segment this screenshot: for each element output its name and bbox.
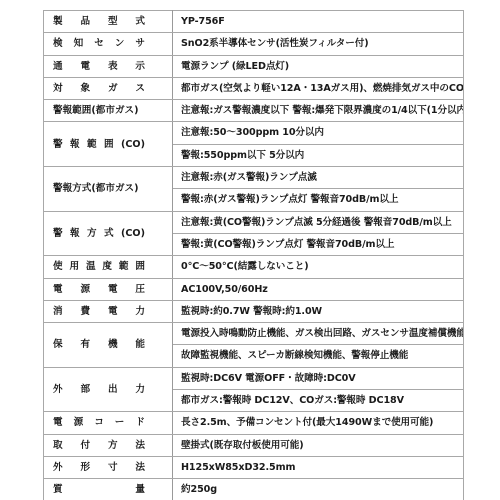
spec-label-char: 源 — [74, 412, 84, 433]
spec-row: 検知センサSnO2系半導体センサ(活性炭フィルター付) — [44, 33, 464, 55]
spec-label-char: 用 — [69, 256, 79, 277]
spec-label-char: (CO) — [121, 223, 145, 244]
spec-label-char: 圧 — [135, 279, 145, 300]
spec-label: 警報方式(CO) — [44, 211, 173, 256]
spec-label-char: 機 — [108, 334, 118, 355]
spec-label-text: 警報範囲(都市ガス) — [53, 100, 145, 121]
spec-label-char: 費 — [80, 301, 90, 322]
spec-value: 電源ランプ (緑LED点灯) — [173, 55, 464, 77]
spec-label-char: 警 — [53, 223, 63, 244]
spec-value: 警報:550ppm以下 5分以内 — [173, 144, 464, 166]
spec-label-char: 力 — [135, 301, 145, 322]
spec-value: 警報:赤(ガス警報)ランプ点灯 警報音70dB/m以上 — [173, 189, 464, 211]
spec-value: 注意報:赤(ガス警報)ランプ点滅 — [173, 167, 464, 189]
spec-row: 電源電圧AC100V,50/60Hz — [44, 278, 464, 300]
spec-label-char: コ — [94, 412, 104, 433]
spec-label: 外部出力 — [44, 367, 173, 412]
spec-label-char: 保 — [53, 334, 63, 355]
spec-row: 保有機能電源投入時鳴動防止機能、ガス検出回路、ガスセンサ温度補償機能 — [44, 323, 464, 345]
spec-label-text: 検知センサ — [53, 33, 145, 54]
spec-label-char: 報 — [70, 134, 80, 155]
spec-label-char: 警報方式(都市ガス) — [53, 178, 139, 199]
spec-row: 消費電力監視時:約0.7W 警報時:約1.0W — [44, 300, 464, 322]
spec-label-char: 対 — [53, 78, 63, 99]
spec-label: 警報方式(都市ガス) — [44, 167, 173, 212]
spec-row: 製品型式YP-756F — [44, 11, 464, 33]
spec-label-char: 検 — [53, 33, 63, 54]
spec-value: 壁掛式(既存取付板使用可能) — [173, 434, 464, 456]
spec-label-char: ス — [135, 78, 145, 99]
spec-label-char: 電 — [108, 301, 118, 322]
spec-label-char: 量 — [135, 479, 145, 500]
spec-label: 使用温度範囲 — [44, 256, 173, 278]
spec-label-char: 式 — [135, 11, 145, 32]
spec-label-text: 取付方法 — [53, 435, 145, 456]
spec-label-text: 使用温度範囲 — [53, 256, 145, 277]
spec-label-char: 電 — [80, 56, 90, 77]
spec-value: 注意報:黄(CO警報)ランプ点滅 5分経過後 警報音70dB/m以上 — [173, 211, 464, 233]
spec-label-text: 警報範囲(CO) — [53, 134, 145, 155]
spec-label-char: 能 — [135, 334, 145, 355]
spec-value: 都市ガス:警報時 DC12V、COガス:警報時 DC18V — [173, 390, 464, 412]
spec-label-char: (CO) — [121, 134, 145, 155]
spec-value: SnO2系半導体センサ(活性炭フィルター付) — [173, 33, 464, 55]
spec-label: 検知センサ — [44, 33, 173, 55]
spec-label-char: 象 — [80, 78, 90, 99]
spec-label-char: 使 — [53, 256, 63, 277]
spec-label-char: 力 — [135, 379, 145, 400]
spec-value: 都市ガス(空気より軽い12A・13Aガス用)、燃焼排気ガス中のCO — [173, 77, 464, 99]
spec-label-char: ン — [115, 33, 125, 54]
spec-label-char: 法 — [135, 435, 145, 456]
spec-label: 保有機能 — [44, 323, 173, 368]
spec-label-text: 電源電圧 — [53, 279, 145, 300]
spec-label: 外形寸法 — [44, 456, 173, 478]
spec-label: 製品型式 — [44, 11, 173, 33]
spec-label-char: 外 — [53, 379, 63, 400]
spec-label-char: 警 — [53, 134, 63, 155]
spec-value: 長さ2.5m、予備コンセント付(最大1490Wまで使用可能) — [173, 412, 464, 434]
spec-row: 電源コード長さ2.5m、予備コンセント付(最大1490Wまで使用可能) — [44, 412, 464, 434]
spec-label-char: 電 — [53, 279, 63, 300]
spec-label-char: 寸 — [108, 457, 118, 478]
spec-label-char: 電 — [108, 279, 118, 300]
spec-value: YP-756F — [173, 11, 464, 33]
spec-label-char: 法 — [135, 457, 145, 478]
spec-row: 通電表示電源ランプ (緑LED点灯) — [44, 55, 464, 77]
spec-row: 警報方式(都市ガス)注意報:赤(ガス警報)ランプ点滅 — [44, 167, 464, 189]
spec-label-char: 表 — [108, 56, 118, 77]
spec-value: 電源投入時鳴動防止機能、ガス検出回路、ガスセンサ温度補償機能 — [173, 323, 464, 345]
spec-label-char: 範 — [119, 256, 129, 277]
spec-label: 対象ガス — [44, 77, 173, 99]
spec-label-text: 保有機能 — [53, 334, 145, 355]
spec-value: 監視時:約0.7W 警報時:約1.0W — [173, 300, 464, 322]
spec-label-char: 知 — [74, 33, 84, 54]
spec-label-text: 対象ガス — [53, 78, 145, 99]
spec-label-char: 付 — [80, 435, 90, 456]
spec-label-char: 範 — [87, 134, 97, 155]
spec-value: 注意報:50～300ppm 10分以内 — [173, 122, 464, 144]
spec-label-char: 温 — [86, 256, 96, 277]
spec-label-char: 外 — [53, 457, 63, 478]
spec-value: 0°C～50°C(結露しないこと) — [173, 256, 464, 278]
spec-label-char: 消 — [53, 301, 63, 322]
spec-label: 質量 — [44, 479, 173, 500]
spec-row: 質量約250g — [44, 479, 464, 500]
spec-label-char: 方 — [108, 435, 118, 456]
spec-value: 約250g — [173, 479, 464, 500]
spec-value: 警報:黄(CO警報)ランプ点灯 警報音70dB/m以上 — [173, 233, 464, 255]
spec-label-char: 品 — [80, 11, 90, 32]
spec-label-char: 型 — [108, 11, 118, 32]
spec-label-char: 形 — [80, 457, 90, 478]
spec-label-char: 警報範囲(都市ガス) — [53, 100, 139, 121]
spec-label-char: 囲 — [104, 134, 114, 155]
spec-label-char: 源 — [80, 279, 90, 300]
spec-label: 電源電圧 — [44, 278, 173, 300]
spec-label-char: 報 — [70, 223, 80, 244]
spec-label-char: セ — [94, 33, 104, 54]
spec-label: 電源コード — [44, 412, 173, 434]
spec-row: 警報方式(CO)注意報:黄(CO警報)ランプ点滅 5分経過後 警報音70dB/m… — [44, 211, 464, 233]
spec-label-text: 外形寸法 — [53, 457, 145, 478]
spec-label-char: 通 — [53, 56, 63, 77]
spec-label-char: サ — [135, 33, 145, 54]
spec-row: 外形寸法H125xW85xD32.5mm — [44, 456, 464, 478]
spec-label-char: ド — [135, 412, 145, 433]
spec-label-text: 警報方式(CO) — [53, 223, 145, 244]
product-spec-table: 製品型式YP-756F検知センサSnO2系半導体センサ(活性炭フィルター付)通電… — [43, 10, 464, 500]
spec-row: 使用温度範囲0°C～50°C(結露しないこと) — [44, 256, 464, 278]
spec-label-char: 示 — [135, 56, 145, 77]
spec-value: 監視時:DC6V 電源OFF・故障時:DC0V — [173, 367, 464, 389]
spec-label-char: 取 — [53, 435, 63, 456]
spec-label: 警報範囲(CO) — [44, 122, 173, 167]
spec-label: 取付方法 — [44, 434, 173, 456]
spec-label-char: 質 — [53, 479, 63, 500]
spec-label-char: 度 — [102, 256, 112, 277]
spec-value: 注意報:ガス警報濃度以下 警報:爆発下限界濃度の1/4以下(1分以内) — [173, 100, 464, 122]
spec-label-char: ー — [115, 412, 125, 433]
spec-label-text: 警報方式(都市ガス) — [53, 178, 145, 199]
spec-label-char: 製 — [53, 11, 63, 32]
spec-label-char: 部 — [80, 379, 90, 400]
spec-label: 通電表示 — [44, 55, 173, 77]
spec-row: 取付方法壁掛式(既存取付板使用可能) — [44, 434, 464, 456]
spec-label-text: 外部出力 — [53, 379, 145, 400]
spec-label-char: 囲 — [135, 256, 145, 277]
spec-label-text: 通電表示 — [53, 56, 145, 77]
spec-value: H125xW85xD32.5mm — [173, 456, 464, 478]
spec-row: 警報範囲(CO)注意報:50～300ppm 10分以内 — [44, 122, 464, 144]
spec-label: 警報範囲(都市ガス) — [44, 100, 173, 122]
spec-label-char: 出 — [108, 379, 118, 400]
spec-label-text: 質量 — [53, 479, 145, 500]
spec-label-text: 製品型式 — [53, 11, 145, 32]
spec-label-text: 電源コード — [53, 412, 145, 433]
spec-label-char: 方 — [87, 223, 97, 244]
spec-value: AC100V,50/60Hz — [173, 278, 464, 300]
spec-label-char: ガ — [108, 78, 118, 99]
spec-label-text: 消費電力 — [53, 301, 145, 322]
spec-value: 故障監視機能、スピーカ断線検知機能、警報停止機能 — [173, 345, 464, 367]
spec-label-char: 有 — [80, 334, 90, 355]
spec-label-char: 式 — [104, 223, 114, 244]
spec-label-char: 電 — [53, 412, 63, 433]
spec-row: 外部出力監視時:DC6V 電源OFF・故障時:DC0V — [44, 367, 464, 389]
spec-row: 対象ガス都市ガス(空気より軽い12A・13Aガス用)、燃焼排気ガス中のCO — [44, 77, 464, 99]
spec-row: 警報範囲(都市ガス)注意報:ガス警報濃度以下 警報:爆発下限界濃度の1/4以下(… — [44, 100, 464, 122]
spec-label: 消費電力 — [44, 300, 173, 322]
